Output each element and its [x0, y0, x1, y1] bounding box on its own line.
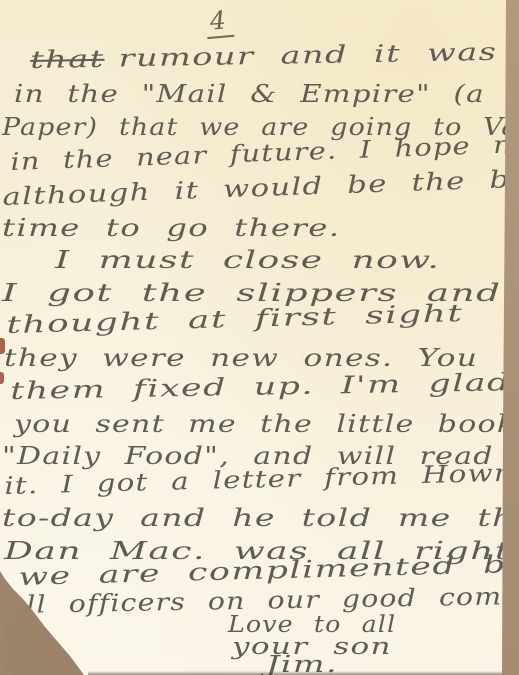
letter-line: thatrumour and it was	[30, 38, 498, 74]
page-number: 4	[205, 5, 235, 39]
red-edge-mark	[0, 372, 4, 384]
letter-line: I must close now.	[55, 246, 440, 274]
letter-line: time to go there.	[2, 214, 340, 242]
letter-line: them fixed up. I'm glad	[10, 368, 511, 405]
letter-line: they were new ones. You got	[4, 344, 519, 372]
letter-line: in the "Mail & Empire" (a Toronto	[14, 80, 519, 108]
letter-line: to-day and he told me that	[2, 504, 519, 532]
paper-bottom-shadow	[88, 671, 505, 675]
strikethrough-word: that	[30, 45, 105, 74]
letter-line: you sent me the little book	[14, 410, 516, 438]
scanned-letter-page: 4 thatrumour and it was in the "Mail & E…	[0, 0, 519, 675]
letter-paper: 4 thatrumour and it was in the "Mail & E…	[0, 0, 519, 675]
red-edge-mark	[0, 338, 5, 354]
line-text: rumour and it was	[118, 38, 497, 73]
